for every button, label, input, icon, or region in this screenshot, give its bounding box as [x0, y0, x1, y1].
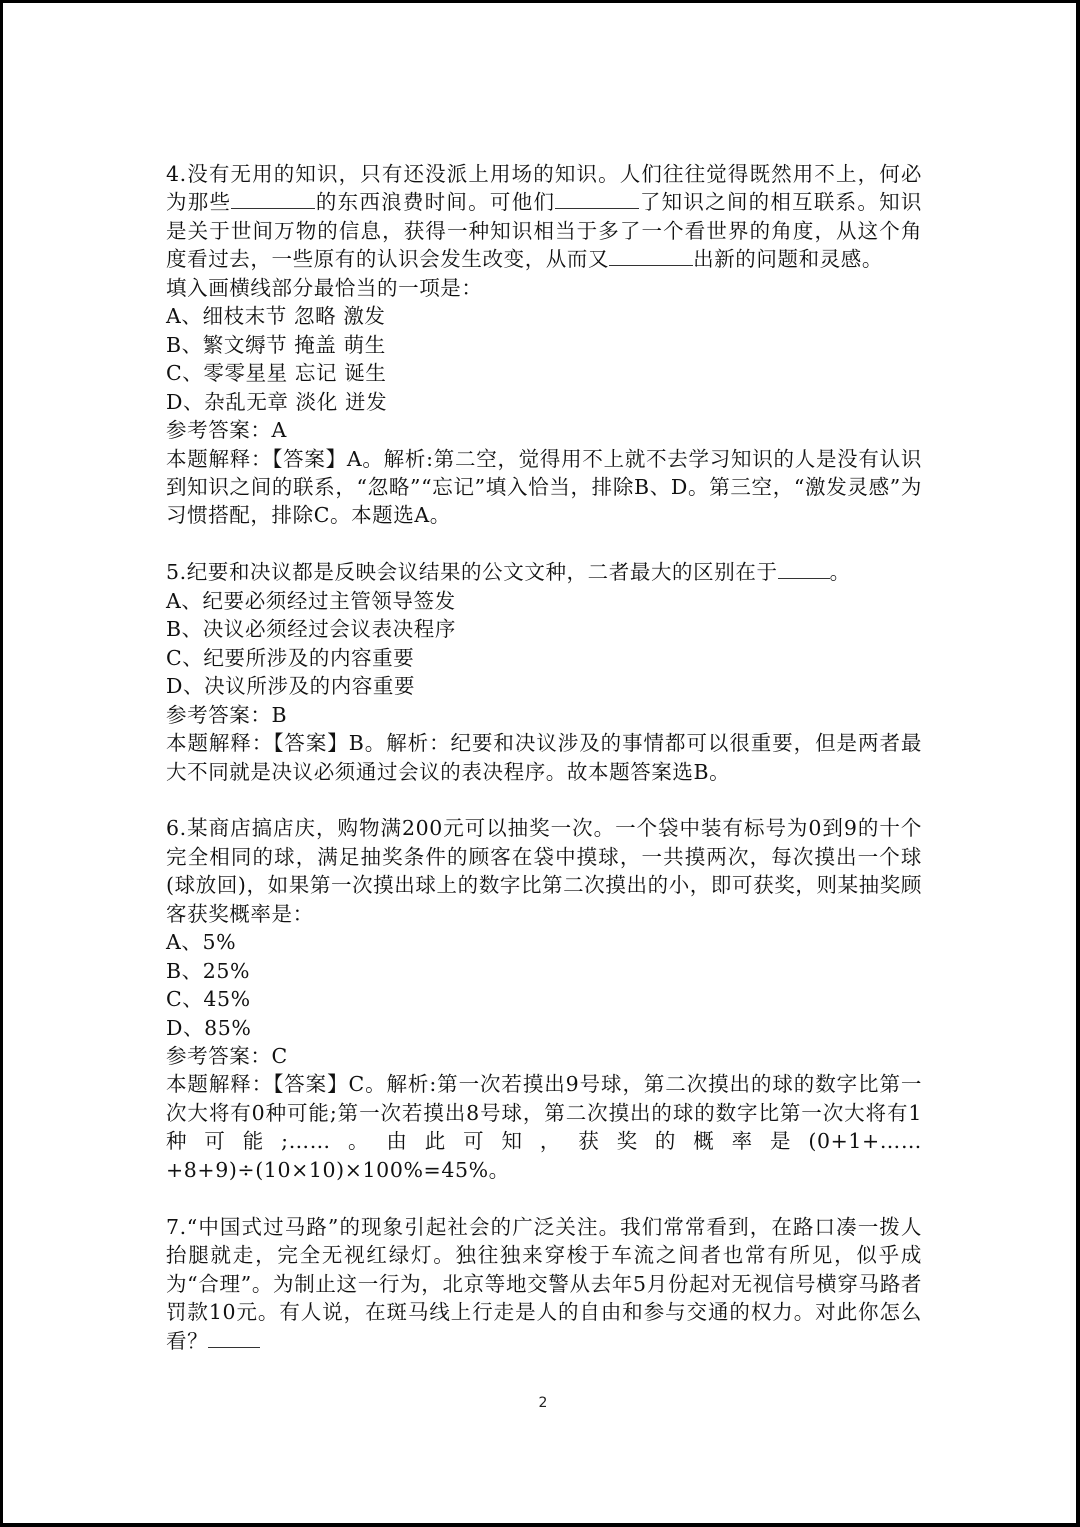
- question-stem: 4.没有无用的知识，只有还没派上用场的知识。人们往往觉得既然用不上，何必为那些的…: [166, 160, 922, 274]
- question-stem: 7.“中国式过马路”的现象引起社会的广泛关注。我们常常看到，在路口凑一拨人抬腿就…: [166, 1213, 922, 1355]
- option-d: D、决议所涉及的内容重要: [166, 672, 922, 700]
- question-6: 6.某商店搞店庆，购物满200元可以抽奖一次。一个袋中装有标号为0到9的十个完全…: [166, 814, 922, 1184]
- reference-answer: 参考答案：A: [166, 416, 922, 444]
- page-content: 4.没有无用的知识，只有还没派上用场的知识。人们往往觉得既然用不上，何必为那些的…: [166, 160, 922, 1383]
- option-d: D、85%: [166, 1014, 922, 1042]
- fill-blank-1: [231, 188, 315, 209]
- option-c: C、零零星星 忘记 诞生: [166, 359, 922, 387]
- explanation: 本题解释：【答案】C。解析:第一次若摸出9号球，第二次摸出的球的数字比第一次大将…: [166, 1070, 922, 1184]
- question-5: 5.纪要和决议都是反映会议结果的公文文种，二者最大的区别在于。 A、纪要必须经过…: [166, 558, 922, 786]
- option-b: B、25%: [166, 957, 922, 985]
- question-7: 7.“中国式过马路”的现象引起社会的广泛关注。我们常常看到，在路口凑一拨人抬腿就…: [166, 1213, 922, 1355]
- fill-blank: [778, 558, 830, 579]
- option-d: D、杂乱无章 淡化 迸发: [166, 388, 922, 416]
- option-b: B、繁文缛节 掩盖 萌生: [166, 331, 922, 359]
- document-page: 4.没有无用的知识，只有还没派上用场的知识。人们往往觉得既然用不上，何必为那些的…: [0, 0, 1080, 1527]
- fill-blank: [208, 1327, 260, 1348]
- page-number: 2: [3, 1395, 1080, 1411]
- option-a: A、5%: [166, 928, 922, 956]
- stem-text: 7.“中国式过马路”的现象引起社会的广泛关注。我们常常看到，在路口凑一拨人抬腿就…: [166, 1215, 922, 1353]
- stem-text: 的东西浪费时间。可他们: [315, 190, 555, 214]
- option-a: A、细枝末节 忽略 激发: [166, 302, 922, 330]
- fill-blank-3: [609, 245, 693, 266]
- stem-text: 。: [830, 560, 851, 584]
- reference-answer: 参考答案：C: [166, 1042, 922, 1070]
- question-stem: 5.纪要和决议都是反映会议结果的公文文种，二者最大的区别在于。: [166, 558, 922, 586]
- question-4: 4.没有无用的知识，只有还没派上用场的知识。人们往往觉得既然用不上，何必为那些的…: [166, 160, 922, 530]
- question-prompt: 填入画横线部分最恰当的一项是：: [166, 274, 922, 302]
- stem-text: 5.纪要和决议都是反映会议结果的公文文种，二者最大的区别在于: [166, 560, 778, 584]
- stem-text: 出新的问题和灵感。: [693, 247, 883, 271]
- explanation: 本题解释：【答案】A。解析:第二空，觉得用不上就不去学习知识的人是没有认识到知识…: [166, 445, 922, 530]
- fill-blank-2: [555, 188, 639, 209]
- option-a: A、纪要必须经过主管领导签发: [166, 587, 922, 615]
- question-stem: 6.某商店搞店庆，购物满200元可以抽奖一次。一个袋中装有标号为0到9的十个完全…: [166, 814, 922, 928]
- option-c: C、纪要所涉及的内容重要: [166, 644, 922, 672]
- option-c: C、45%: [166, 985, 922, 1013]
- reference-answer: 参考答案：B: [166, 701, 922, 729]
- explanation: 本题解释：【答案】B。解析：纪要和决议涉及的事情都可以很重要，但是两者最大不同就…: [166, 729, 922, 786]
- option-b: B、决议必须经过会议表决程序: [166, 615, 922, 643]
